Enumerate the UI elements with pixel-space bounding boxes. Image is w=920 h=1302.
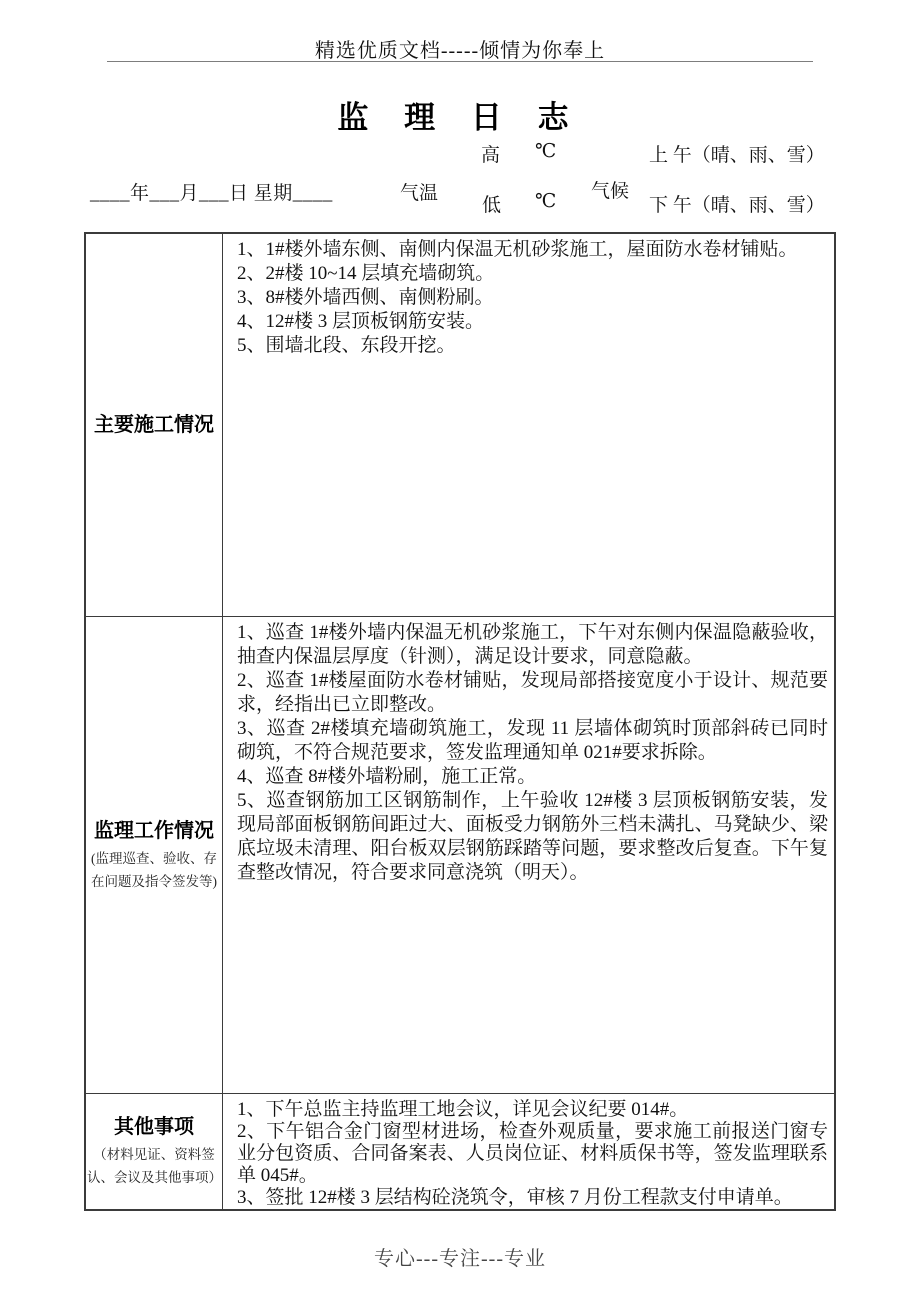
log-entry: 1、1#楼外墙东侧、南侧内保温无机砂浆施工，屋面防水卷材铺贴。 <box>237 238 828 262</box>
row-sublabel-text: (监理巡查、验收、存在问题及指令签发等) <box>87 847 221 893</box>
log-entry: 4、12#楼 3 层顶板钢筋安装。 <box>237 310 828 334</box>
log-entry: 3、签批 12#楼 3 层结构砼浇筑令，审核 7 月份工程款支付申请单。 <box>237 1187 828 1209</box>
log-entry: 1、下午总监主持监理工地会议，详见会议纪要 014#。 <box>237 1099 828 1121</box>
row-sublabel-text: （材料见证、资料签认、会议及其他事项） <box>87 1143 221 1189</box>
log-entry: 3、8#楼外墙西侧、南侧粉刷。 <box>237 286 828 310</box>
log-entry: 5、巡查钢筋加工区钢筋制作，上午验收 12#楼 3 层顶板钢筋安装，发现局部面板… <box>237 789 828 885</box>
weather-am-field: 上 午（晴、雨、雪） <box>649 140 825 167</box>
temperature-label: 气温 <box>400 178 438 205</box>
main-construction-content: 1、1#楼外墙东侧、南侧内保温无机砂浆施工，屋面防水卷材铺贴。 2、2#楼 10… <box>223 234 834 617</box>
temp-high-celsius: ℃ <box>535 140 556 163</box>
weather-pm-field: 下 午（晴、雨、雪） <box>649 190 825 217</box>
temp-low-celsius: ℃ <box>535 190 556 213</box>
log-entry: 2、2#楼 10~14 层填充墙砌筑。 <box>237 262 828 286</box>
supervision-work-content: 1、巡查 1#楼外墙内保温无机砂浆施工，下午对东侧内保温隐蔽验收，抽查内保温层厚… <box>223 617 834 1094</box>
row-label-other-matters: 其他事项 （材料见证、资料签认、会议及其他事项） <box>86 1094 223 1209</box>
log-entry: 1、巡查 1#楼外墙内保温无机砂浆施工，下午对东侧内保温隐蔽验收，抽查内保温层厚… <box>237 621 828 669</box>
temp-low-label: 低 <box>482 190 501 217</box>
other-matters-content: 1、下午总监主持监理工地会议，详见会议纪要 014#。 2、下午铝合金门窗型材进… <box>223 1094 834 1209</box>
log-entry: 5、围墙北段、东段开挖。 <box>237 334 828 358</box>
row-label-supervision-work: 监理工作情况 (监理巡查、验收、存在问题及指令签发等) <box>86 617 223 1094</box>
row-label-main-construction: 主要施工情况 <box>86 234 223 617</box>
date-blank-field: ____年___月___日 星期____ <box>90 178 333 205</box>
row-label-text: 监理工作情况 <box>94 818 214 844</box>
row-label-text: 主要施工情况 <box>94 412 214 438</box>
log-entry: 4、巡查 8#楼外墙粉刷，施工正常。 <box>237 765 828 789</box>
document-page: 精选优质文档-----倾情为你奉上 监 理 日 志 ____年___月___日 … <box>0 0 920 1302</box>
log-table: 主要施工情况 1、1#楼外墙东侧、南侧内保温无机砂浆施工，屋面防水卷材铺贴。 2… <box>84 232 836 1211</box>
log-entry: 3、巡查 2#楼填充墙砌筑施工，发现 11 层墙体砌筑时顶部斜砖已同时砌筑，不符… <box>237 717 828 765</box>
row-label-text: 其他事项 <box>114 1114 194 1140</box>
temp-high-label: 高 <box>481 140 500 167</box>
weather-label: 气候 <box>591 176 629 203</box>
log-entry: 2、下午铝合金门窗型材进场，检查外观质量，要求施工前报送门窗专业分包资质、合同备… <box>237 1121 828 1187</box>
page-title: 监 理 日 志 <box>0 92 920 137</box>
footer-note: 专心---专注---专业 <box>0 1242 920 1271</box>
log-entry: 2、巡查 1#楼屋面防水卷材铺贴，发现局部搭接宽度小于设计、规范要求，经指出已立… <box>237 669 828 717</box>
header-note: 精选优质文档-----倾情为你奉上 <box>0 34 920 63</box>
header-divider <box>107 61 813 62</box>
